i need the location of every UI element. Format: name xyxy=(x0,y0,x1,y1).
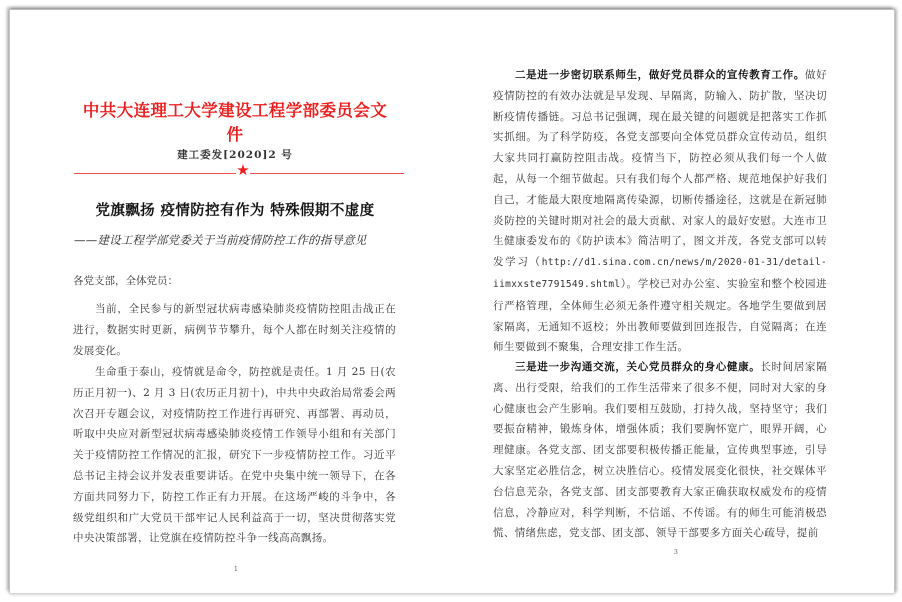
document-title: 党旗飘扬 疫情防控有作为 特殊假期不虚度 xyxy=(70,199,400,220)
page-number: 1 xyxy=(234,566,238,573)
salutation: 各党支部，全体党员： xyxy=(73,273,178,288)
document-number: 建工委发[2020]2 号 xyxy=(80,147,390,162)
paragraph: 二是进一步密切联系师生，做好党员群众的宣传教育工作。做好疫情防控的有效办法就是早… xyxy=(493,65,827,358)
red-divider-left xyxy=(74,173,236,174)
paragraph-text: 做好疫情防控的有效办法就是早发现、早隔离，防输入、防扩散，坚决切断疫情传播链。习… xyxy=(493,69,827,268)
paragraph-lead: 三是进一步沟通交流，关心党员群众的身心健康。 xyxy=(515,361,760,373)
paragraph-text: 长时间居家隔离、出行受限，给我们的工作生活带来了很多不便，同时对大家的身心健康也… xyxy=(493,361,827,539)
paragraph: 三是进一步沟通交流，关心党员群众的身心健康。长时间居家隔离、出行受限，给我们的工… xyxy=(493,357,827,544)
paragraph: 当前，全民参与的新型冠状病毒感染肺炎疫情防控阻击战正在进行，数据实时更新，病例节… xyxy=(73,299,396,361)
document-subtitle: ——建设工程学部党委关于当前疫情防控工作的指导意见 xyxy=(74,232,414,248)
red-divider-right xyxy=(250,173,404,174)
page-number: 3 xyxy=(674,549,678,556)
page-3: 二是进一步密切联系师生，做好党员群众的宣传教育工作。做好疫情防控的有效办法就是早… xyxy=(460,10,894,593)
document-frame: 中共大连理工大学建设工程学部委员会文件 建工委发[2020]2 号 ★ 党旗飘扬… xyxy=(9,9,895,593)
document-header: 中共大连理工大学建设工程学部委员会文件 xyxy=(80,97,390,145)
paragraph-lead: 二是进一步密切联系师生，做好党员群众的宣传教育工作。 xyxy=(515,69,805,81)
page-1: 中共大连理工大学建设工程学部委员会文件 建工委发[2020]2 号 ★ 党旗飘扬… xyxy=(10,10,460,593)
paragraph: 生命重于泰山，疫情就是命令，防控就是责任。1 月 25 日(农历正月初一)、2 … xyxy=(73,362,396,549)
red-star-icon: ★ xyxy=(236,162,250,178)
